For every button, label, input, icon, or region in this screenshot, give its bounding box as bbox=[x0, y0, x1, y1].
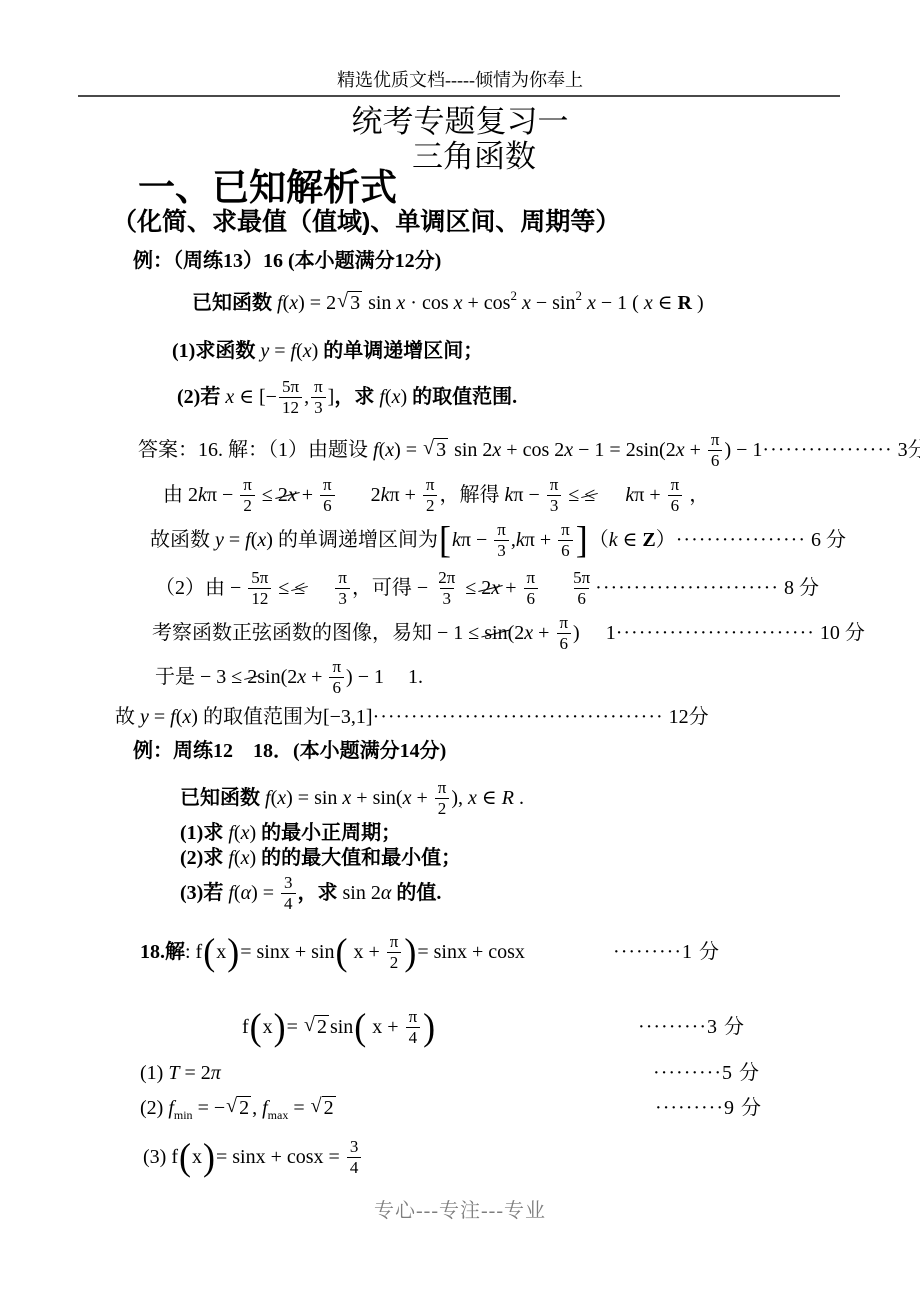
math-text: x + bbox=[348, 940, 384, 964]
math-text: ∈ bbox=[618, 528, 643, 552]
superscript: 2 bbox=[575, 288, 582, 304]
math-text: 3分 bbox=[893, 438, 920, 462]
fraction-denominator: 3 bbox=[494, 540, 509, 560]
math-text: 考察函数正弦函数的图像，易知 − 1 ≤ bbox=[152, 621, 484, 645]
fraction: 2π3 bbox=[435, 568, 458, 607]
radicand: 3 bbox=[434, 438, 448, 462]
fraction-numerator: π bbox=[240, 475, 255, 494]
fraction-denominator: 6 bbox=[668, 495, 683, 515]
bold-text: (1)求函数 bbox=[172, 339, 260, 363]
bold-text: R bbox=[678, 291, 692, 315]
fraction: π6 bbox=[668, 475, 683, 514]
fraction-denominator: 4 bbox=[281, 893, 296, 913]
math-text: ∈ bbox=[653, 291, 678, 315]
fraction-denominator: 12 bbox=[248, 588, 271, 608]
bold-text: 的取值范围. bbox=[407, 385, 517, 409]
math-variable: R bbox=[502, 786, 514, 810]
math-text: ≤ bbox=[584, 484, 595, 506]
math-text: （2）由 − bbox=[155, 576, 246, 600]
radicand: 2 bbox=[237, 1096, 251, 1120]
math-text: ≤ bbox=[460, 576, 481, 600]
math-text: ，解得 bbox=[440, 483, 505, 507]
fraction-numerator: π bbox=[387, 932, 402, 951]
fraction-numerator: π bbox=[556, 613, 571, 632]
square-root: √2 bbox=[226, 1096, 251, 1120]
big-bracket: ( bbox=[203, 936, 215, 968]
math-text: ) bbox=[312, 339, 319, 363]
bold-text: (2)若 bbox=[177, 385, 225, 409]
fraction-denominator: 4 bbox=[347, 1157, 362, 1177]
math-variable: x bbox=[644, 291, 653, 315]
p2-given-function: 已知函数 f(x) = sin x + sin(x + π2), x ∈ R . bbox=[180, 775, 920, 821]
document-page: 精选优质文档-----倾情为你奉上 统考专题复习一 三角函数 一、已知解析式 （… bbox=[0, 0, 920, 1302]
big-bracket: ) bbox=[203, 1141, 215, 1173]
fraction-denominator: 12 bbox=[279, 397, 302, 417]
math-text: π − bbox=[461, 528, 492, 552]
fraction-denominator: 3 bbox=[440, 588, 455, 608]
fraction-denominator: 2 bbox=[423, 495, 438, 515]
fraction: π6 bbox=[329, 657, 344, 696]
math-variable: k bbox=[505, 483, 514, 507]
big-bracket: ( bbox=[335, 936, 347, 968]
answer16-step3: 故函数 y = f(x) 的单调递增区间为[kπ − π3,kπ + π6]（k… bbox=[150, 514, 920, 566]
bold-text: (1)求 bbox=[180, 821, 228, 845]
fraction: π2 bbox=[240, 475, 255, 514]
bold-text: Z bbox=[642, 528, 655, 552]
math-variable: x bbox=[303, 339, 312, 363]
math-variable: π bbox=[211, 1061, 221, 1085]
math-text: = bbox=[224, 528, 245, 552]
score-mark: ·········5 分 bbox=[653, 1061, 760, 1085]
fraction-denominator: 6 bbox=[329, 677, 344, 697]
math-text: ( bbox=[234, 881, 241, 905]
overlap-artifact: 2x bbox=[481, 576, 500, 600]
dotted-leader: ·························· bbox=[616, 621, 815, 645]
square-root: √2 bbox=[311, 1096, 336, 1120]
math-variable: k bbox=[452, 528, 461, 552]
math-variable: x bbox=[182, 705, 191, 729]
fraction-numerator: π bbox=[320, 475, 335, 494]
answer16-conclusion: 故 y = f(x) 的取值范围为[−3,1]·················… bbox=[115, 704, 920, 730]
fraction-denominator: 3 bbox=[335, 588, 350, 608]
math-text: (2 bbox=[508, 621, 525, 645]
fraction: π6 bbox=[558, 520, 573, 559]
fraction-numerator: π bbox=[708, 430, 723, 449]
bold-text: ，求 bbox=[334, 385, 379, 409]
math-text: ) 的取值范围为[−3,1] bbox=[191, 705, 372, 729]
fraction-numerator: π bbox=[423, 475, 438, 494]
square-root: √3 bbox=[423, 438, 448, 462]
big-bracket: ( bbox=[179, 1141, 191, 1173]
math-text: x bbox=[216, 940, 226, 964]
math-text: − 1 = 2sin(2 bbox=[573, 438, 676, 462]
fraction: 34 bbox=[281, 873, 296, 912]
fraction-numerator: π bbox=[523, 568, 538, 587]
bold-text: (2)求 bbox=[180, 846, 228, 870]
math-variable: x bbox=[289, 291, 298, 315]
answer16-step1: 答案：16. 解：（1）由题设 f(x) = √3 sin 2x + cos 2… bbox=[138, 427, 920, 473]
math-text: sin bbox=[330, 1015, 353, 1039]
math-text: . bbox=[514, 786, 524, 810]
math-text: ≤ bbox=[563, 483, 584, 507]
fraction-denominator: 6 bbox=[320, 495, 335, 515]
dotted-leader: ························ bbox=[595, 576, 779, 600]
fraction-numerator: 3 bbox=[347, 1137, 362, 1156]
math-text: + bbox=[306, 665, 327, 689]
fraction: π2 bbox=[423, 475, 438, 514]
header-rule bbox=[78, 95, 840, 97]
math-text: 于是 − 3 ≤ bbox=[155, 665, 247, 689]
p2-part1: (1)求 f(x) 的最小正周期； bbox=[180, 820, 920, 846]
math-text: f bbox=[242, 1015, 249, 1039]
math-text: 6 分 bbox=[806, 528, 846, 552]
math-text: = bbox=[269, 339, 290, 363]
score-mark: ·········3 分 bbox=[638, 1015, 745, 1039]
math-text: 故 bbox=[115, 705, 140, 729]
math-text: 12分 bbox=[664, 705, 709, 729]
math-text: ) = sin bbox=[286, 786, 342, 810]
math-text: 1 bbox=[606, 621, 616, 645]
math-text: ， bbox=[684, 483, 709, 507]
math-variable: k bbox=[381, 483, 390, 507]
big-bracket: ] bbox=[576, 524, 588, 556]
math-variable: y bbox=[140, 705, 149, 729]
subscript: max bbox=[268, 1108, 289, 1122]
math-text: ) bbox=[249, 846, 256, 870]
math-text: + bbox=[500, 576, 521, 600]
bold-text: 的最小正周期； bbox=[256, 821, 401, 845]
radicand: 2 bbox=[315, 1015, 329, 1039]
big-bracket: ) bbox=[423, 1011, 435, 1043]
fraction-numerator: 5π bbox=[248, 568, 271, 587]
fraction-numerator: π bbox=[406, 1007, 421, 1026]
math-text: ) − 1 bbox=[346, 665, 384, 689]
answer18-step1: 18.解: f(x)= sinx + sin( x + π2)= sinx + … bbox=[140, 926, 920, 978]
fraction: π3 bbox=[311, 377, 326, 416]
fraction-denominator: 2 bbox=[435, 798, 450, 818]
math-text: + sin( bbox=[351, 786, 402, 810]
math-variable: x bbox=[517, 291, 531, 315]
math-variable: x bbox=[468, 786, 477, 810]
math-text: ∈ bbox=[477, 786, 502, 810]
big-bracket: ) bbox=[227, 936, 239, 968]
math-text: (1) bbox=[140, 1061, 168, 1085]
math-text: ) = bbox=[394, 438, 422, 462]
answer18-part1: (1) T = 2π·········5 分 bbox=[140, 1060, 920, 1086]
math-text: （ bbox=[589, 528, 609, 552]
math-text: x bbox=[263, 1015, 273, 1039]
fraction-numerator: π bbox=[329, 657, 344, 676]
section-subheading: （化简、求最值（值域)、单调区间、周期等） bbox=[112, 209, 620, 237]
fraction-denominator: 6 bbox=[558, 540, 573, 560]
bold-text: (3)若 bbox=[180, 881, 228, 905]
math-variable: y bbox=[260, 339, 269, 363]
dotted-leader: ······································ bbox=[373, 705, 664, 729]
math-variable: x bbox=[257, 528, 266, 552]
math-variable: x bbox=[491, 577, 500, 599]
math-variable: x bbox=[297, 665, 306, 689]
math-text: ) bbox=[400, 385, 407, 409]
math-variable: α bbox=[381, 881, 392, 905]
math-text: 由 2 bbox=[163, 483, 198, 507]
math-text: + bbox=[297, 483, 318, 507]
math-text: ) bbox=[692, 291, 704, 315]
radical-sign: √ bbox=[304, 1015, 315, 1036]
math-variable: x bbox=[492, 438, 501, 462]
math-text: π + bbox=[634, 483, 665, 507]
math-variable: x bbox=[564, 438, 573, 462]
fraction-numerator: π bbox=[435, 778, 450, 797]
math-text: ) = 2 bbox=[298, 291, 336, 315]
math-text: 10 分 bbox=[815, 621, 865, 645]
math-text: 1. bbox=[408, 665, 423, 689]
fraction-denominator: 3 bbox=[311, 397, 326, 417]
fraction-numerator: π bbox=[311, 377, 326, 396]
math-text: x + bbox=[367, 1015, 403, 1039]
fraction: π6 bbox=[320, 475, 335, 514]
math-text: 故函数 bbox=[150, 528, 215, 552]
p1-part2: (2)若 x ∈ [−5π12,π3]，求 f(x) 的取值范围. bbox=[177, 374, 920, 420]
math-text: 2 bbox=[278, 484, 288, 506]
math-variable: x bbox=[277, 786, 286, 810]
math-text: ) 的单调递增区间为 bbox=[266, 528, 438, 552]
math-text: π + bbox=[390, 483, 421, 507]
square-root: √3 bbox=[337, 291, 362, 315]
big-bracket: [ bbox=[439, 524, 451, 556]
math-variable: T bbox=[168, 1061, 179, 1085]
fraction-denominator: 6 bbox=[524, 588, 539, 608]
math-text: + cos bbox=[463, 291, 511, 315]
fraction-denominator: 6 bbox=[574, 588, 589, 608]
fraction: π2 bbox=[435, 778, 450, 817]
bold-text: ，求 bbox=[298, 881, 343, 905]
dotted-leader: ················· bbox=[676, 528, 806, 552]
fraction: π2 bbox=[387, 932, 402, 971]
radical-sign: √ bbox=[423, 438, 434, 459]
math-text: ) − 1 bbox=[724, 438, 762, 462]
fraction: 5π12 bbox=[279, 377, 302, 416]
math-text: ) bbox=[249, 821, 256, 845]
fraction: π6 bbox=[708, 430, 723, 469]
math-text: ∈ [− bbox=[234, 385, 277, 409]
fraction: 34 bbox=[347, 1137, 362, 1176]
math-text: = sinx + sin bbox=[240, 940, 334, 964]
math-variable: x bbox=[403, 786, 412, 810]
math-variable: x bbox=[385, 438, 394, 462]
fraction: π6 bbox=[556, 613, 571, 652]
math-text: = bbox=[149, 705, 170, 729]
math-variable: α bbox=[241, 881, 252, 905]
fraction: 5π12 bbox=[248, 568, 271, 607]
example1-label: 例：（周练13）16 (本小题满分12分) bbox=[133, 248, 920, 274]
radicand: 3 bbox=[348, 291, 362, 315]
fraction-numerator: π bbox=[558, 520, 573, 539]
math-text: 答案：16. 解：（1）由题设 bbox=[138, 438, 373, 462]
math-text: ] bbox=[328, 385, 335, 409]
math-text: ), bbox=[451, 786, 468, 810]
math-text: ) = bbox=[251, 881, 279, 905]
fraction-denominator: 6 bbox=[708, 450, 723, 470]
bold-text: 的值. bbox=[391, 881, 441, 905]
math-text: = 2 bbox=[179, 1061, 210, 1085]
math-text: 2 bbox=[481, 577, 491, 599]
math-text: ( bbox=[234, 821, 241, 845]
answer16-step5: 考察函数正弦函数的图像，易知 − 1 ≤ sin(2x + π6)1······… bbox=[152, 610, 920, 656]
math-text: = sinx + cosx bbox=[417, 940, 525, 964]
score-mark: ·········1 分 bbox=[613, 940, 720, 964]
fraction-numerator: 5π bbox=[279, 377, 302, 396]
fraction-denominator: 3 bbox=[547, 495, 562, 515]
math-text: ( bbox=[385, 385, 392, 409]
fraction-numerator: π bbox=[494, 520, 509, 539]
math-text: sin 2 bbox=[343, 881, 381, 905]
math-text: 8 分 bbox=[779, 576, 819, 600]
overlap-artifact: sin bbox=[484, 621, 507, 645]
fraction-denominator: 2 bbox=[240, 495, 255, 515]
square-root: √2 bbox=[304, 1015, 329, 1039]
big-bracket: ) bbox=[274, 1011, 286, 1043]
fraction-numerator: 2π bbox=[435, 568, 458, 587]
answer18-step2: f(x)= √2sin( x + π4)·········3 分 bbox=[242, 998, 920, 1056]
fraction: π3 bbox=[547, 475, 562, 514]
fraction: 5π6 bbox=[570, 568, 593, 607]
overlap-artifact: ≤ bbox=[584, 483, 595, 507]
fraction-numerator: 3 bbox=[281, 873, 296, 892]
math-variable: y bbox=[215, 528, 224, 552]
bold-text: 已知函数 bbox=[180, 786, 265, 810]
math-text: ) bbox=[573, 621, 580, 645]
math-text: sin 2 bbox=[449, 438, 492, 462]
answer16-step4: （2）由 − 5π12 ≤ ≤π3，可得 − 2π3 ≤ 2x + π65π6·… bbox=[155, 565, 920, 611]
math-variable: k bbox=[609, 528, 618, 552]
math-text: + cos 2 bbox=[501, 438, 564, 462]
example2-label: 例：周练12 18．(本小题满分14分) bbox=[133, 738, 920, 764]
math-text: ） bbox=[656, 528, 676, 552]
answer18-part2: (2) fmin = −√2, fmax = √2·········9 分 bbox=[140, 1092, 920, 1124]
bold-text: 例：（周练13）16 (本小题满分12分) bbox=[133, 249, 441, 273]
math-variable: x bbox=[225, 385, 234, 409]
fraction-denominator: 6 bbox=[557, 633, 572, 653]
math-variable: k bbox=[516, 528, 525, 552]
answer16-step2: 由 2kπ − π2 ≤ 2x + π62kπ + π2，解得 kπ − π3 … bbox=[163, 472, 920, 518]
math-text: − sin bbox=[531, 291, 576, 315]
math-variable: x bbox=[241, 821, 250, 845]
radical-sign: √ bbox=[226, 1096, 237, 1117]
fraction-denominator: 2 bbox=[387, 952, 402, 972]
bold-text: 的的最大值和最小值； bbox=[256, 846, 461, 870]
fraction-denominator: 4 bbox=[406, 1027, 421, 1047]
math-text: + bbox=[533, 621, 554, 645]
bold-text: 的单调递增区间； bbox=[318, 339, 483, 363]
bold-text: 例：周练12 18．(本小题满分14分) bbox=[133, 739, 446, 763]
overlap-artifact: ≤ bbox=[294, 576, 305, 600]
math-text: · cos bbox=[405, 291, 453, 315]
math-variable: x bbox=[288, 484, 297, 506]
overlap-artifact: 2x bbox=[278, 483, 297, 507]
math-variable: x bbox=[582, 291, 596, 315]
overlap-artifact: 2 bbox=[247, 665, 257, 689]
math-text: = sinx + cosx = bbox=[216, 1145, 345, 1169]
math-variable: x bbox=[392, 385, 401, 409]
page-footer-text: 专心---专注---专业 bbox=[0, 1194, 920, 1223]
math-text: ，可得 − bbox=[352, 576, 433, 600]
math-text: , bbox=[304, 385, 309, 409]
math-text: + bbox=[685, 438, 706, 462]
math-text: ( bbox=[234, 846, 241, 870]
math-text: = − bbox=[193, 1096, 226, 1120]
math-text: π − bbox=[513, 483, 544, 507]
p2-part3: (3)若 f(α) = 34，求 sin 2α 的值. bbox=[180, 870, 920, 916]
math-text: ≤ bbox=[294, 577, 305, 599]
math-text: ( bbox=[296, 339, 303, 363]
radical-sign: √ bbox=[311, 1096, 322, 1117]
math-text: ≤ bbox=[273, 576, 294, 600]
score-mark: ·········9 分 bbox=[655, 1096, 762, 1120]
answer18-part3: (3) f(x)= sinx + cosx = 34 bbox=[143, 1132, 920, 1182]
math-variable: x bbox=[396, 291, 405, 315]
big-bracket: ) bbox=[404, 936, 416, 968]
fraction: π6 bbox=[523, 568, 538, 607]
math-text: x bbox=[192, 1145, 202, 1169]
math-variable: x bbox=[676, 438, 685, 462]
math-text: 2 bbox=[247, 666, 257, 688]
math-text: π − bbox=[207, 483, 238, 507]
math-text: ≤ bbox=[257, 483, 278, 507]
math-text: : f bbox=[185, 940, 202, 964]
math-variable: x bbox=[454, 291, 463, 315]
math-variable: k bbox=[198, 483, 207, 507]
math-text: sin(2 bbox=[257, 665, 297, 689]
math-text: (2) bbox=[140, 1096, 168, 1120]
radical-sign: √ bbox=[337, 291, 348, 312]
math-variable: x bbox=[524, 621, 533, 645]
answer16-step6: 于是 − 3 ≤ 2sin(2x + π6) − 11. bbox=[155, 654, 920, 700]
big-bracket: ( bbox=[354, 1011, 366, 1043]
math-variable: x bbox=[241, 846, 250, 870]
math-text: − 1 ( bbox=[596, 291, 644, 315]
fraction: π4 bbox=[406, 1007, 421, 1046]
p2-part2: (2)求 f(x) 的的最大值和最小值； bbox=[180, 845, 920, 871]
p1-given-function: 已知函数 f(x) = 2√3 sin x · cos x + cos2 x −… bbox=[192, 288, 920, 318]
fraction-numerator: 5π bbox=[570, 568, 593, 587]
math-variable: x bbox=[342, 786, 351, 810]
fraction: π3 bbox=[335, 568, 350, 607]
math-text: (3) f bbox=[143, 1145, 178, 1169]
bold-text: 已知函数 bbox=[192, 291, 277, 315]
superscript: 2 bbox=[510, 288, 517, 304]
bold-text: 18.解 bbox=[140, 940, 185, 964]
math-variable: k bbox=[625, 483, 634, 507]
fraction-numerator: π bbox=[335, 568, 350, 587]
math-text: sin bbox=[484, 622, 507, 644]
page-header-text: 精选优质文档-----倾情为你奉上 bbox=[0, 66, 920, 92]
math-text: = bbox=[287, 1015, 303, 1039]
doc-title-line1: 统考专题复习一 bbox=[0, 104, 920, 140]
math-text: = bbox=[288, 1096, 309, 1120]
subscript: min bbox=[174, 1108, 193, 1122]
math-text: sin bbox=[363, 291, 396, 315]
big-bracket: ( bbox=[250, 1011, 262, 1043]
radicand: 2 bbox=[322, 1096, 336, 1120]
math-text: π + bbox=[525, 528, 556, 552]
fraction-numerator: π bbox=[547, 475, 562, 494]
math-text: , bbox=[252, 1096, 262, 1120]
math-text: 2 bbox=[371, 483, 381, 507]
fraction: π3 bbox=[494, 520, 509, 559]
dotted-leader: ················· bbox=[762, 438, 892, 462]
p1-part1: (1)求函数 y = f(x) 的单调递增区间； bbox=[172, 338, 920, 364]
fraction-numerator: π bbox=[668, 475, 683, 494]
